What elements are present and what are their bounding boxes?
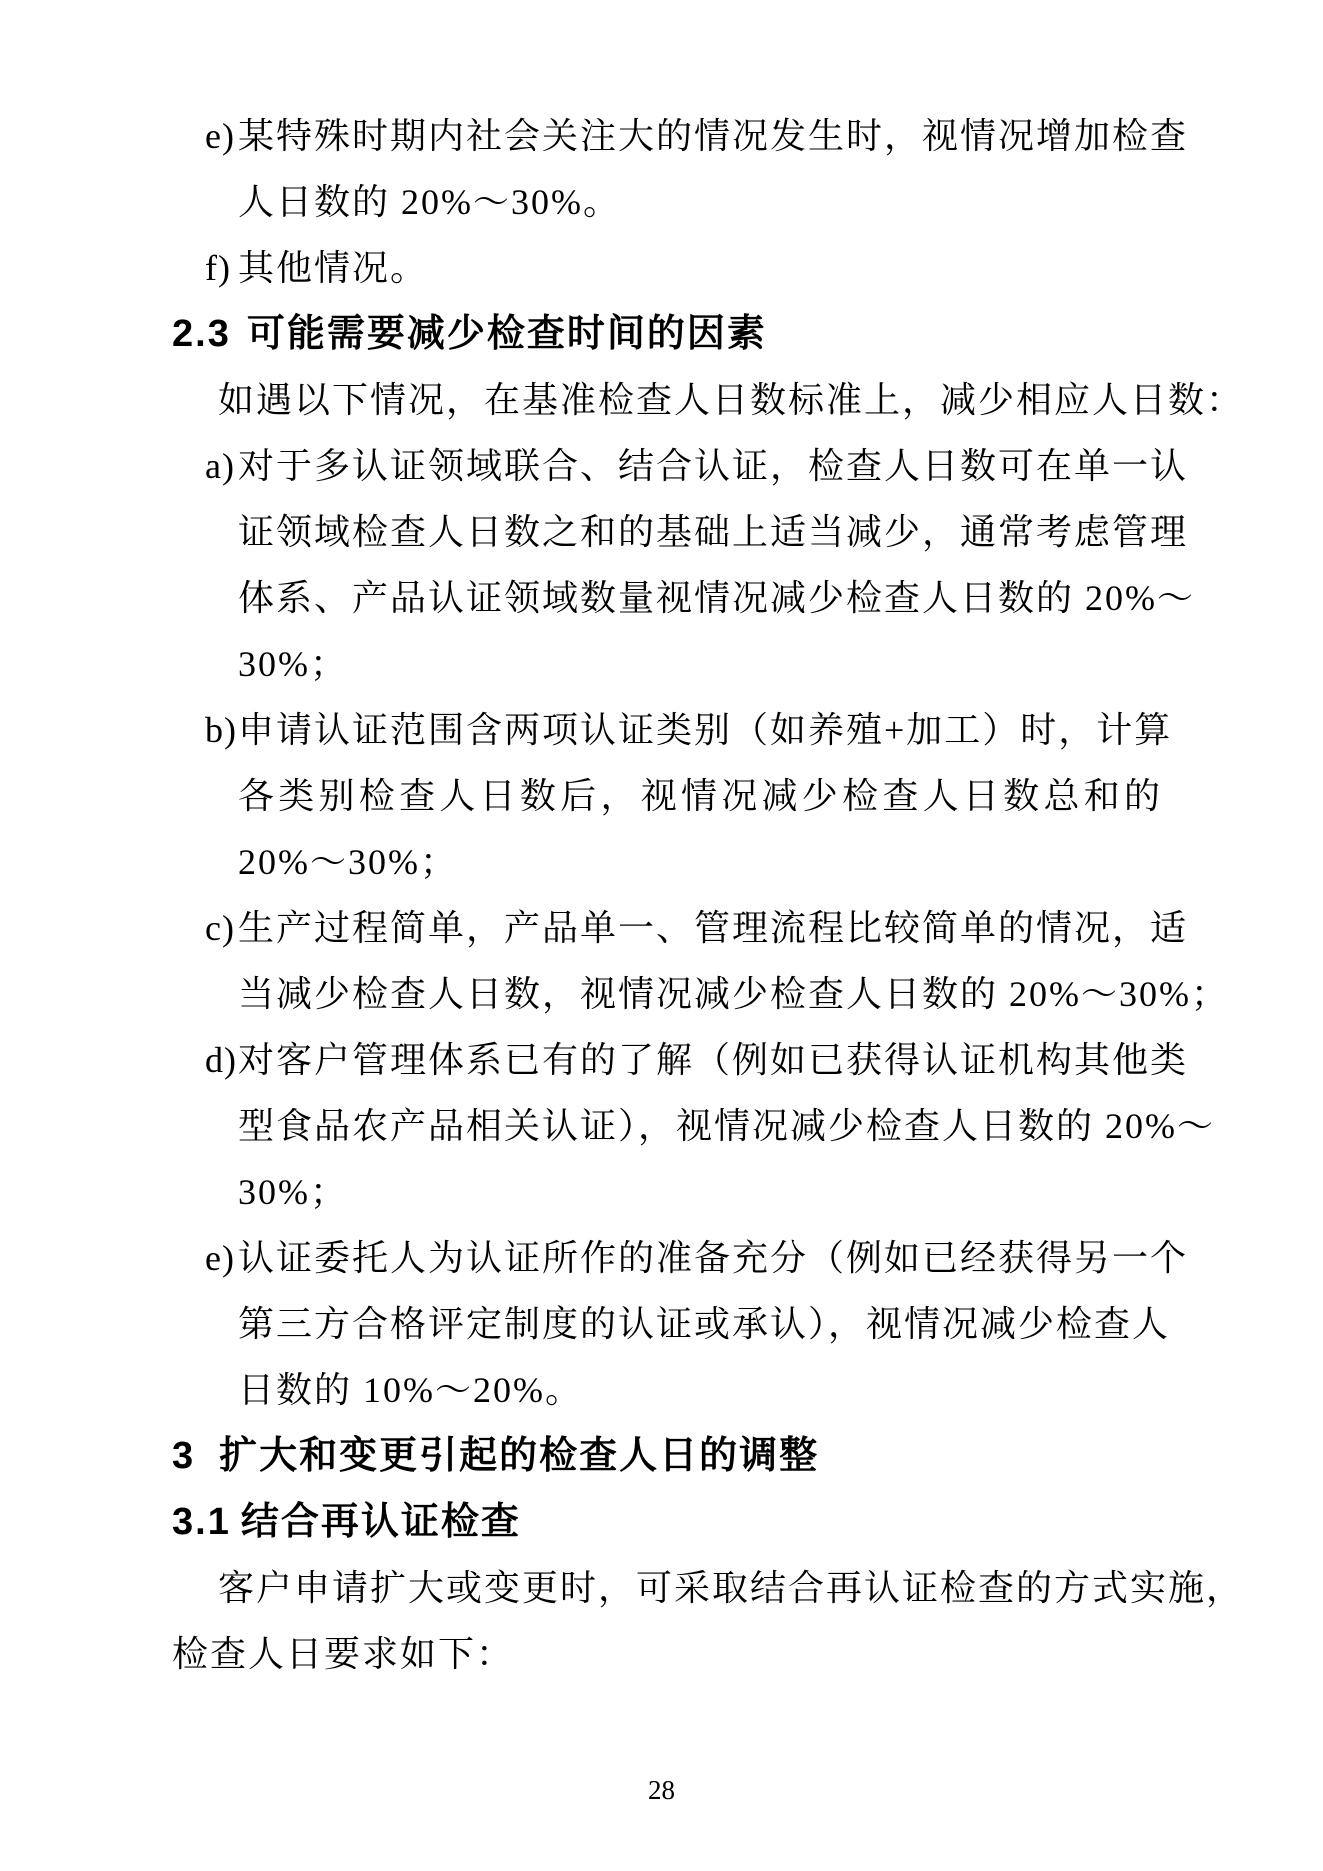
page-number: 28 <box>0 1772 1323 1808</box>
list-marker: f) <box>205 235 231 301</box>
text-line: 某特殊时期内社会关注大的情况发生时，视情况增加检查 <box>238 103 1162 169</box>
list-marker: a) <box>205 433 235 499</box>
list-item: d) 对客户管理体系已有的了解（例如已获得认证机构其他类 型食品农产品相关认证）… <box>205 1027 1162 1225</box>
text-line: 日数的 10%～20%。 <box>238 1357 1162 1423</box>
text-line: 体系、产品认证领域数量视情况减少检查人日数的 20%～ <box>238 565 1162 631</box>
text-line: 型食品农产品相关认证），视情况减少检查人日数的 20%～ <box>238 1093 1162 1159</box>
list-item: a) 对于多认证领域联合、结合认证，检查人日数可在单一认 证领域检查人日数之和的… <box>205 433 1162 697</box>
section-number: 3.1 <box>172 1501 231 1543</box>
text-line: 对客户管理体系已有的了解（例如已获得认证机构其他类 <box>238 1027 1162 1093</box>
text-line: 客户申请扩大或变更时，可采取结合再认证检查的方式实施， <box>172 1555 1162 1621</box>
text-line: 检查人日要求如下： <box>172 1621 1162 1687</box>
section-title: 扩大和变更引起的检查人日的调整 <box>219 1435 819 1477</box>
text-line: 人日数的 20%～30%。 <box>238 169 1162 235</box>
list-marker: c) <box>205 895 235 961</box>
section-number: 2.3 <box>172 313 231 355</box>
list-marker: d) <box>205 1027 237 1093</box>
list-item: f) 其他情况。 <box>205 235 1162 301</box>
text-line: 30%； <box>238 1159 1162 1225</box>
section-title: 可能需要减少检查时间的因素 <box>247 313 767 355</box>
paragraph: 如遇以下情况，在基准检查人日数标准上，减少相应人日数： <box>172 367 1162 433</box>
text-line: 20%～30%； <box>238 829 1162 895</box>
list-marker: b) <box>205 697 237 763</box>
list-item: c) 生产过程简单，产品单一、管理流程比较简单的情况，适 当减少检查人日数，视情… <box>205 895 1162 1027</box>
section-title: 结合再认证检查 <box>241 1501 521 1543</box>
section-heading-3-1: 3.1结合再认证检查 <box>172 1489 1162 1555</box>
text-line: 证领域检查人日数之和的基础上适当减少，通常考虑管理 <box>238 499 1162 565</box>
document-page: e) 某特殊时期内社会关注大的情况发生时，视情况增加检查 人日数的 20%～30… <box>0 0 1323 1871</box>
text-line: 30%； <box>238 631 1162 697</box>
text-line: 对于多认证领域联合、结合认证，检查人日数可在单一认 <box>238 433 1162 499</box>
document-body: e) 某特殊时期内社会关注大的情况发生时，视情况增加检查 人日数的 20%～30… <box>172 103 1162 1687</box>
text-line: 认证委托人为认证所作的准备充分（例如已经获得另一个 <box>238 1225 1162 1291</box>
list-item: b) 申请认证范围含两项认证类别（如养殖+加工）时，计算 各类别检查人日数后，视… <box>205 697 1162 895</box>
list-marker: e) <box>205 103 235 169</box>
section-heading-2-3: 2.3可能需要减少检查时间的因素 <box>172 301 1162 367</box>
list-marker: e) <box>205 1225 235 1291</box>
text-line: 当减少检查人日数，视情况减少检查人日数的 20%～30%； <box>238 961 1162 1027</box>
paragraph: 客户申请扩大或变更时，可采取结合再认证检查的方式实施， 检查人日要求如下： <box>172 1555 1162 1687</box>
text-line: 生产过程简单，产品单一、管理流程比较简单的情况，适 <box>238 895 1162 961</box>
section-number: 3 <box>172 1435 195 1477</box>
text-line: 申请认证范围含两项认证类别（如养殖+加工）时，计算 <box>238 697 1162 763</box>
list-item: e) 认证委托人为认证所作的准备充分（例如已经获得另一个 第三方合格评定制度的认… <box>205 1225 1162 1423</box>
list-item: e) 某特殊时期内社会关注大的情况发生时，视情况增加检查 人日数的 20%～30… <box>205 103 1162 235</box>
text-line: 各类别检查人日数后，视情况减少检查人日数总和的 <box>238 763 1162 829</box>
text-line: 其他情况。 <box>238 235 1162 301</box>
text-line: 第三方合格评定制度的认证或承认），视情况减少检查人 <box>238 1291 1162 1357</box>
section-heading-3: 3扩大和变更引起的检查人日的调整 <box>172 1423 1162 1489</box>
text-line: 如遇以下情况，在基准检查人日数标准上，减少相应人日数： <box>172 367 1162 433</box>
